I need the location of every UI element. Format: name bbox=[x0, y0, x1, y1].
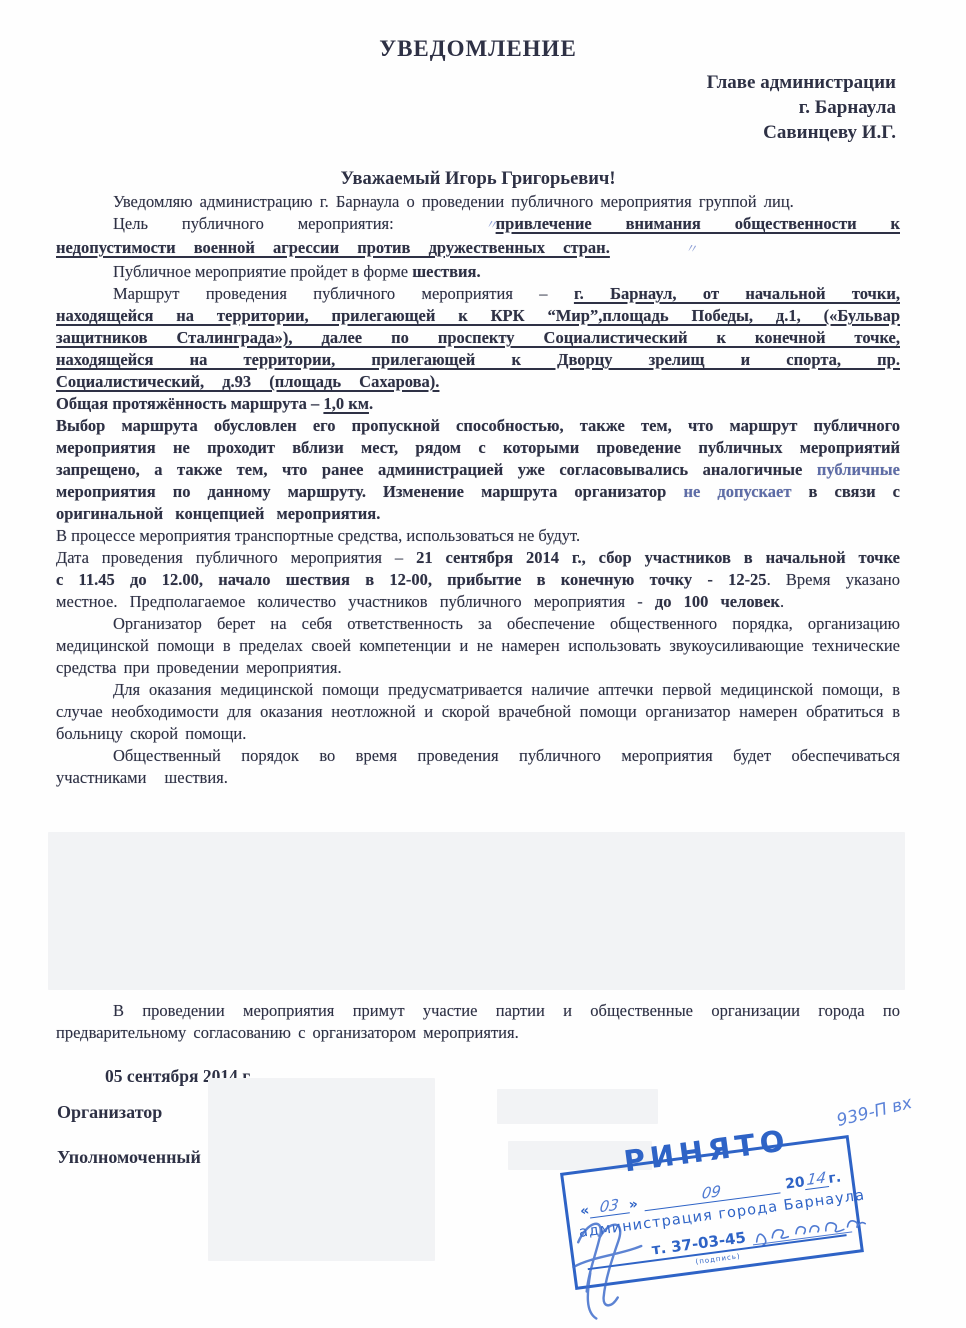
paragraph-intro: Уведомляю администрацию г. Барнаула о пр… bbox=[56, 191, 900, 213]
paragraph-transport: В процессе мероприятия транспортные сред… bbox=[56, 525, 900, 547]
paragraph-goal: Цель публичного мероприятия: 〃привлечени… bbox=[56, 213, 900, 261]
registration-annotation-handwritten: 939-П вх bbox=[835, 1093, 914, 1131]
salutation: Уважаемый Игорь Григорьевич! bbox=[56, 167, 900, 191]
signature-scribble bbox=[553, 1202, 686, 1327]
addressee-block: Главе администрации г. Барнаула Савинцев… bbox=[56, 70, 900, 145]
stamp-title: РИНЯТО bbox=[622, 1123, 792, 1178]
addressee-line: Савинцеву И.Г. bbox=[56, 120, 896, 145]
document-body: УВЕДОМЛЕНИЕ Главе администрации г. Барна… bbox=[56, 0, 900, 789]
handwritten-quote-close: 〃 bbox=[627, 228, 698, 261]
paragraph-date-time: Дата проведения публичного мероприятия –… bbox=[56, 547, 900, 613]
stamp-month-handwritten: 09 bbox=[701, 1182, 722, 1203]
stamp-year-handwritten: 14 bbox=[806, 1168, 827, 1189]
paragraph-route: Маршрут проведения публичного мероприяти… bbox=[56, 283, 900, 393]
authorized-label: Уполномоченный bbox=[57, 1147, 201, 1168]
redaction-block-tall bbox=[208, 1078, 435, 1261]
paragraph-medical: Для оказания медицинской помощи предусма… bbox=[56, 679, 900, 745]
scanned-notification-document: УВЕДОМЛЕНИЕ Главе администрации г. Барна… bbox=[0, 0, 966, 1328]
redaction-block-large bbox=[48, 832, 905, 990]
organizer-label: Организатор bbox=[57, 1102, 162, 1123]
addressee-line: Главе администрации bbox=[56, 70, 896, 95]
paragraph-route-length: Общая протяжённость маршрута – 1,0 км. bbox=[56, 393, 900, 415]
paragraph-public-order: Общественный порядок во время проведения… bbox=[56, 745, 900, 789]
addressee-line: г. Барнаула bbox=[56, 95, 896, 120]
paragraph-participation: В проведении мероприятия примут участие … bbox=[56, 1000, 900, 1044]
redaction-block-right-1 bbox=[497, 1089, 658, 1124]
paragraph-form: Публичное мероприятие пройдет в форме ше… bbox=[56, 261, 900, 283]
paragraph-responsibility: Организатор берет на себя ответственност… bbox=[56, 613, 900, 679]
paragraph-route-choice: Выбор маршрута обусловлен его пропускной… bbox=[56, 415, 900, 525]
document-title: УВЕДОМЛЕНИЕ bbox=[56, 36, 900, 62]
